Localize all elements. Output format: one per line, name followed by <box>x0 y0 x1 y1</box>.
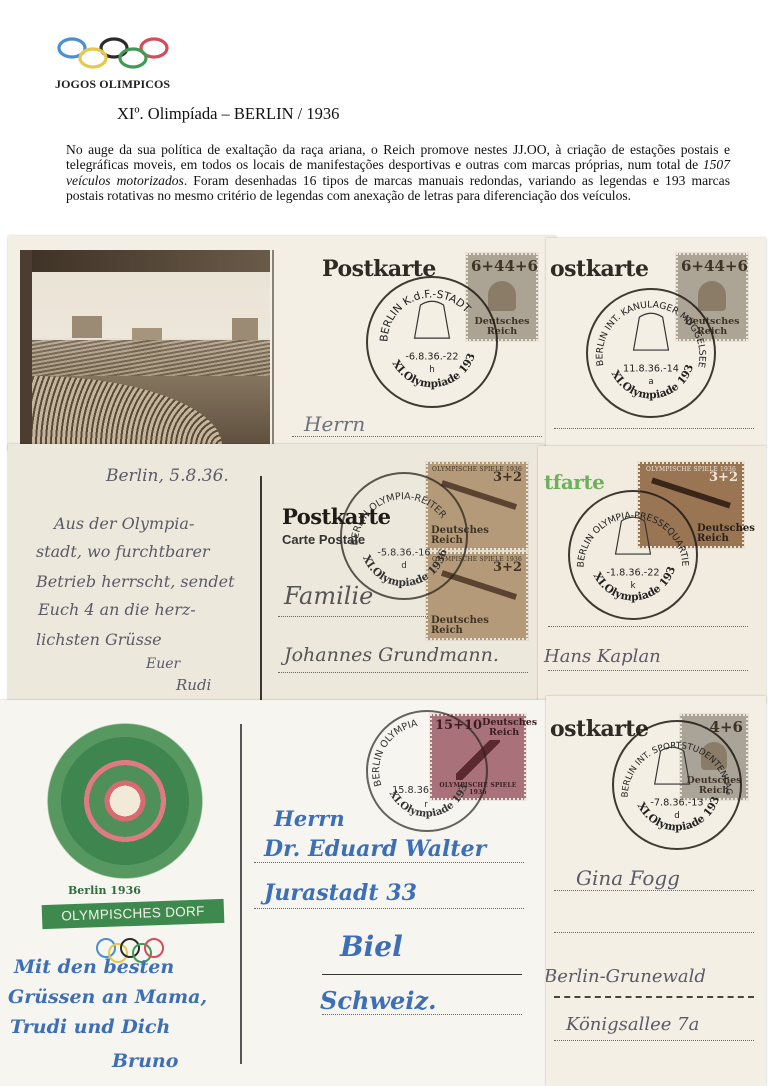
address-line: Königsallee 7a <box>566 1014 699 1035</box>
svg-text:BERLIN K.d.F.-STADT: BERLIN K.d.F.-STADT <box>377 287 473 342</box>
postcard-olympisches-dorf: OLYMPISCHES DORF Berlin 1936 Mit den bes… <box>0 700 552 1086</box>
svg-text:-5.8.36.-16: -5.8.36.-16 <box>377 547 430 558</box>
svg-text:d: d <box>674 811 680 821</box>
svg-text:BERLIN INT. KANULAGER MÜGGELSE: BERLIN INT. KANULAGER MÜGGELSEE <box>595 299 708 368</box>
postkarte-heading-green: tfarte <box>544 470 604 494</box>
address-line: Gina Fogg <box>576 866 680 890</box>
svg-text:15.8.36: 15.8.36 <box>392 785 429 796</box>
postmark-pressequartier: BERLIN OLYMPIA-PRESSEQUARTIER XI.Olympia… <box>568 490 698 620</box>
postcard-sportstudentenlager: ostkarte 4+6 Deutsches Reich BERLIN INT.… <box>546 696 766 1086</box>
postcard-rudi: Berlin, 5.8.36. Aus der Olympia- stadt, … <box>8 444 544 702</box>
postcard-kdf-stadt: Postkarte 6+44+6 Deutsches Reich BERLIN … <box>8 236 556 451</box>
svg-text:BERLIN INT. SPORTSTUDENTENLAGE: BERLIN INT. SPORTSTUDENTENLAGER <box>611 715 734 798</box>
address-line: Hans Kaplan <box>544 646 661 667</box>
svg-text:h: h <box>429 365 435 375</box>
olympic-village-map <box>44 720 206 900</box>
svg-text:-6.8.36.-22: -6.8.36.-22 <box>405 351 458 362</box>
svg-text:BERLIN OLYMPIA: BERLIN OLYMPIA <box>371 718 419 788</box>
olympic-rings-logo <box>56 36 171 70</box>
postmark-kdf-stadt: BERLIN K.d.F.-STADT XI.Olympiade 1936 -6… <box>366 276 498 408</box>
intro-paragraph: No auge da sua política de exaltação da … <box>66 142 730 203</box>
address-line: Berlin-Grunewald <box>546 966 706 987</box>
logo-caption: JOGOS OLIMPICOS <box>55 77 170 92</box>
postmark-sportstudentenlager: BERLIN INT. SPORTSTUDENTENLAGER XI.Olymp… <box>612 720 742 850</box>
postcard-pressequartier: tfarte OLYMPISCHE SPIELE 1936 3+2 Deutsc… <box>538 446 766 704</box>
postmark-olympia-reiter: BERLIN OLYMPIA-REITER XI.Olympiade 1936 … <box>340 472 468 600</box>
village-banner: OLYMPISCHES DORF <box>42 899 225 929</box>
postcard-kanulager: ostkarte 6+44+6 Deutsches Reich BERLIN I… <box>546 238 766 448</box>
svg-text:-7.8.36.-13: -7.8.36.-13 <box>650 797 703 808</box>
svg-text:r: r <box>424 800 428 810</box>
address-line: Johannes Grundmann. <box>284 644 499 666</box>
handwritten-address: Herrn <box>304 412 365 436</box>
svg-text:d: d <box>401 561 407 571</box>
svg-text:BERLIN OLYMPIA-PRESSEQUARTIER: BERLIN OLYMPIA-PRESSEQUARTIER <box>567 484 691 568</box>
svg-text:BERLIN OLYMPIA-REITER: BERLIN OLYMPIA-REITER <box>349 491 448 546</box>
berlin-1936-label: Berlin 1936 <box>68 884 141 897</box>
postmark-kanulager: BERLIN INT. KANULAGER MÜGGELSEE XI.Olymp… <box>586 288 716 418</box>
postmark-olympia: BERLIN OLYMPIA XI.Olympiade 1936 15.8.36… <box>366 710 488 832</box>
svg-text:k: k <box>630 581 636 591</box>
svg-text:a: a <box>648 377 653 387</box>
postkarte-heading: ostkarte <box>550 256 648 282</box>
svg-text:11.8.36.-14: 11.8.36.-14 <box>623 363 679 374</box>
address-line: Familie <box>284 582 373 610</box>
page-title: XIº. Olimpíada – BERLIN / 1936 <box>117 104 339 124</box>
svg-text:-1.8.36.-22: -1.8.36.-22 <box>606 567 659 578</box>
stadium-engraving <box>20 250 270 445</box>
